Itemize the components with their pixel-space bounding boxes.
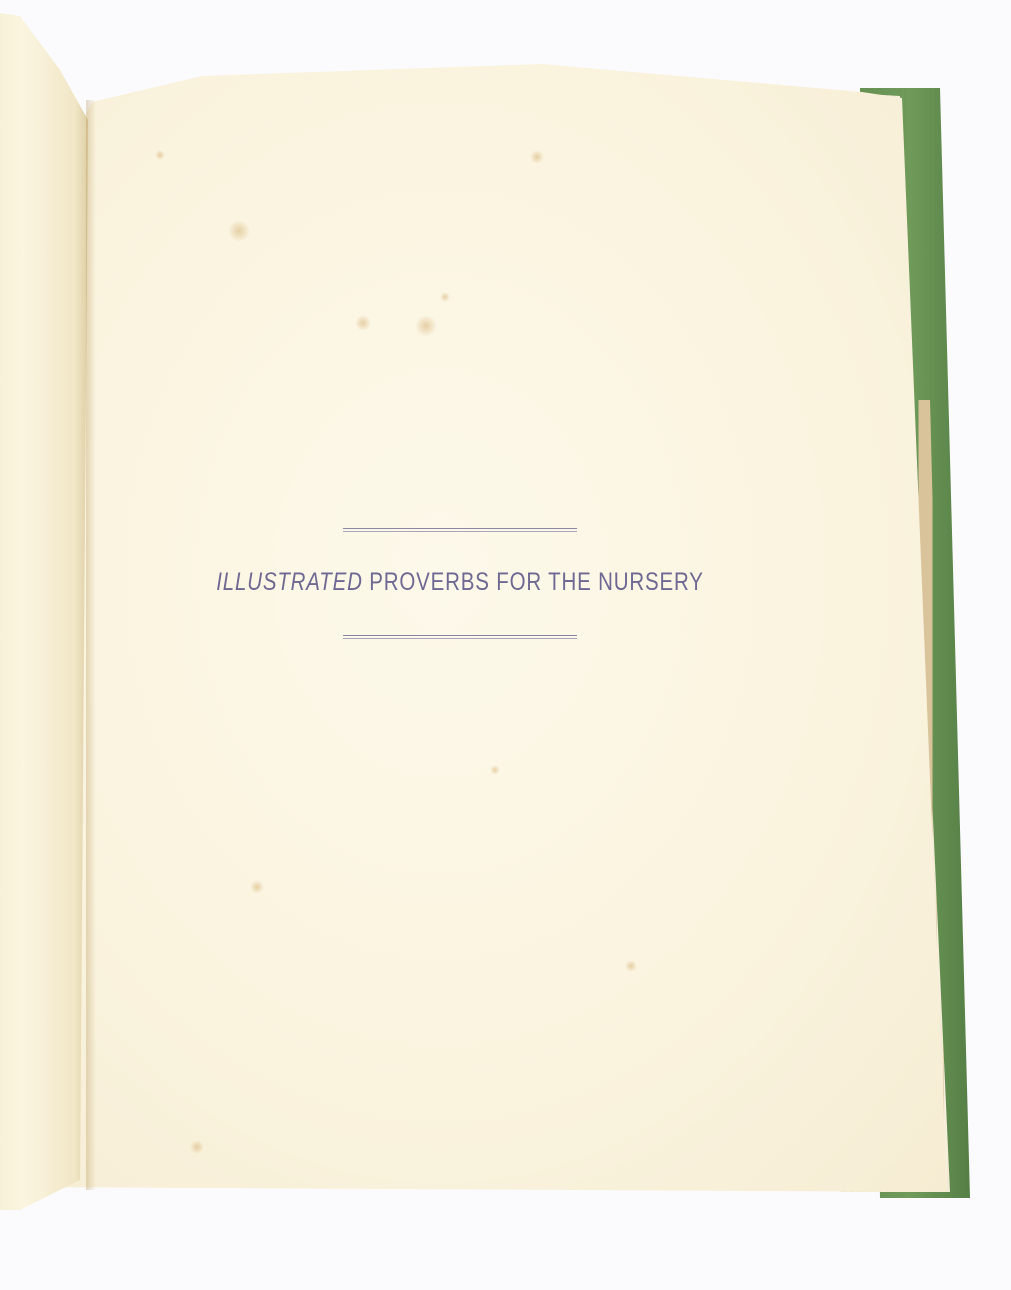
- foxing-spot: [490, 765, 500, 775]
- photo-scene: ILLUSTRATED PROVERBS FOR THE NURSERY: [0, 0, 1011, 1290]
- foxing-spot: [415, 315, 437, 337]
- top-double-rule: [343, 528, 577, 532]
- bottom-double-rule: [343, 635, 577, 639]
- title-italic-word: ILLUSTRATED: [216, 568, 362, 596]
- title-rest: PROVERBS FOR THE NURSERY: [363, 568, 704, 596]
- foxing-spot: [625, 960, 637, 972]
- left-page: [0, 10, 92, 1210]
- foxing-spot: [530, 150, 544, 164]
- foxing-spot: [250, 880, 264, 894]
- foxing-spot: [190, 1140, 204, 1154]
- foxing-spot: [155, 150, 165, 160]
- title-block: ILLUSTRATED PROVERBS FOR THE NURSERY: [150, 528, 770, 639]
- foxing-spot: [228, 220, 250, 242]
- foxing-spot: [355, 315, 371, 331]
- foxing-spot: [440, 292, 450, 302]
- book-title: ILLUSTRATED PROVERBS FOR THE NURSERY: [206, 568, 714, 597]
- book-gutter: [86, 100, 96, 1190]
